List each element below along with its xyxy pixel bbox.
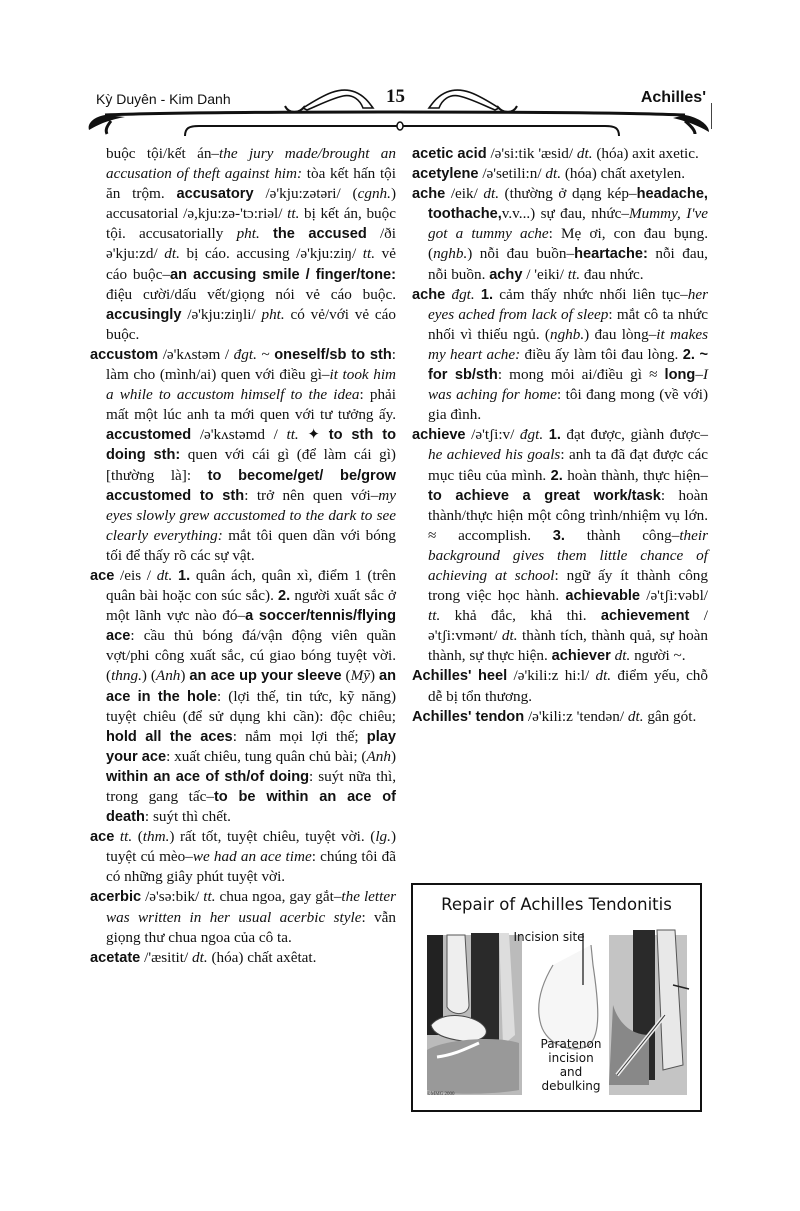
- pos: dt.: [483, 185, 499, 202]
- subheadword: accusatory: [177, 186, 254, 202]
- text: điều ấy làm tôi đau lòng.: [520, 346, 683, 363]
- entry-ache-noun: ache /eik/ dt. (thường ở dạng kép–headac…: [412, 184, 708, 284]
- achilles-figure: Repair of Achilles Tendonitis Incision s…: [411, 883, 702, 1112]
- abbr: Mỹ: [351, 667, 370, 684]
- pos: tt.: [203, 888, 215, 905]
- pos: pht.: [261, 306, 284, 323]
- text: ) đau lòng–: [584, 326, 656, 343]
- headword: ache: [412, 186, 445, 202]
- headword: acetic acid: [412, 146, 487, 162]
- sense-number: 1.: [178, 568, 190, 584]
- entry-acetic-acid: acetic acid /ə'si:tik 'æsid/ dt. (hóa) a…: [412, 144, 708, 164]
- entry-ace-noun: ace /eis / dt. 1. quân ách, quân xì, điể…: [90, 566, 396, 827]
- pos: dt.: [157, 567, 173, 584]
- text: chua ngoa, gay gắt–: [216, 888, 342, 905]
- text: khả đắc, khả thi.: [440, 607, 601, 624]
- abbr: nghb.: [433, 245, 467, 262]
- text: ) rất tốt, tuyệt chiêu, tuyệt vời. (: [169, 828, 375, 845]
- headword: ace: [90, 829, 114, 845]
- text: (hóa) chất axêtat.: [208, 949, 317, 966]
- text: hoàn thành, thực hiện–: [563, 467, 708, 484]
- text: thành công–: [565, 527, 679, 544]
- text: /ə'kʌstəmd /: [191, 426, 286, 443]
- sense-number: 2.: [551, 468, 563, 484]
- text: /eik/: [445, 185, 483, 202]
- headword: Achilles' heel: [412, 668, 507, 684]
- phrase: heartache:: [574, 246, 648, 262]
- text: v.v...) sự đau, nhức–: [502, 205, 629, 222]
- left-column: buộc tội/kết án–the jury made/brought an…: [90, 144, 396, 968]
- header-ornament-icon: [85, 84, 715, 144]
- subheadword: accustomed: [106, 427, 191, 443]
- phrase: within an ace of sth/of doing: [106, 769, 309, 785]
- subheadword: accusingly: [106, 307, 181, 323]
- label-paratenon-3: and: [531, 1065, 611, 1079]
- text: /'æsitit/: [140, 949, 192, 966]
- text: ~: [257, 346, 274, 363]
- pos: tt.: [120, 828, 132, 845]
- abbr: lg.: [375, 828, 391, 845]
- text: /ə'kju:zətəri/ (: [254, 185, 358, 202]
- headword: ace: [90, 568, 114, 584]
- sense-number: 3.: [553, 528, 565, 544]
- pos: tt.: [286, 426, 298, 443]
- entry-achilles-tendon: Achilles' tendon /ə'kili:z 'tendən/ dt. …: [412, 707, 708, 727]
- subheadword: achievement: [601, 608, 689, 624]
- text: / 'eiki/: [522, 266, 567, 283]
- entry-accustom: accustom /ə'kʌstəm / đgt. ~ oneself/sb t…: [90, 345, 396, 566]
- subheadword: achiever: [552, 648, 611, 664]
- text: /ə'kili:z hi:l/: [507, 667, 595, 684]
- abbr: Anh: [366, 748, 390, 765]
- text: ✦: [299, 426, 329, 443]
- text: /ə'tʃi:vəbl/: [640, 587, 708, 604]
- abbr: thng.: [111, 667, 142, 684]
- text: buộc tội/kết án–: [106, 145, 219, 162]
- text: (thường ở dạng kép–: [499, 185, 637, 202]
- sense-number: 2.: [278, 588, 290, 604]
- text: điệu cười/dấu vết/giọng nói vẻ cáo buộc.: [106, 286, 396, 303]
- text: /ə'setili:n/: [479, 165, 546, 182]
- figure-copyright: ©MMG 2000: [427, 1092, 455, 1097]
- text: [260, 225, 273, 242]
- text: (hóa) chất axetylen.: [561, 165, 685, 182]
- text: gân gót.: [644, 708, 697, 725]
- text: : nắm mọi lợi thế;: [233, 728, 367, 745]
- phrase: an accusing smile / finger/tone:: [170, 267, 396, 283]
- entry-accusation-continued: buộc tội/kết án–the jury made/brought an…: [90, 144, 396, 345]
- entry-achilles-heel: Achilles' heel /ə'kili:z hi:l/ dt. điểm …: [412, 666, 708, 706]
- headword: achieve: [412, 427, 466, 443]
- sense-number: 1.: [481, 287, 493, 303]
- dictionary-page: Kỳ Duyên - Kim Danh 15 Achilles' buộc tộ…: [0, 0, 800, 1211]
- headword: acerbic: [90, 889, 141, 905]
- pos: tt.: [568, 266, 580, 283]
- headword: Achilles' tendon: [412, 709, 524, 725]
- pos: đgt.: [520, 426, 543, 443]
- pos: pht.: [237, 225, 260, 242]
- text: ): [391, 748, 396, 765]
- pos: tt.: [428, 607, 440, 624]
- headword: ache: [412, 287, 445, 303]
- entry-ace-adj: ace tt. (thm.) rất tốt, tuyệt chiêu, tuy…: [90, 827, 396, 887]
- pos: đgt.: [451, 286, 474, 303]
- subheadword: achievable: [565, 588, 640, 604]
- text: bị cáo. accusing /ə'kju:ziŋ/: [180, 245, 363, 262]
- headword: acetate: [90, 950, 140, 966]
- pos: tt.: [363, 245, 375, 262]
- pos: dt.: [615, 647, 631, 664]
- subheadword: achy: [489, 267, 522, 283]
- sense-number: 1.: [549, 427, 561, 443]
- text: người ~.: [630, 647, 685, 664]
- text: ): [370, 667, 379, 684]
- example: we had an ace time: [193, 848, 312, 865]
- abbr: cgnh.: [358, 185, 391, 202]
- abbr: thm.: [143, 828, 170, 845]
- entry-acerbic: acerbic /ə'sə:bik/ tt. chua ngoa, gay gắ…: [90, 887, 396, 947]
- pos: dt.: [164, 245, 180, 262]
- subheadword: the accused: [273, 226, 367, 242]
- text: /ə'kʌstəm /: [158, 346, 234, 363]
- pos: dt.: [628, 708, 644, 725]
- text: ) nỗi đau buồn–: [467, 245, 574, 262]
- label-incision-site: Incision site: [513, 930, 585, 944]
- phrase: an ace up your sleeve: [189, 668, 341, 684]
- text: /ə'kili:z 'tendən/: [524, 708, 628, 725]
- text: /ə'sə:bik/: [141, 888, 203, 905]
- text: (: [342, 667, 351, 684]
- text: ) (: [142, 667, 156, 684]
- pos: dt.: [502, 627, 518, 644]
- label-paratenon-1: Paratenon: [531, 1037, 611, 1051]
- label-paratenon-4: debulking: [531, 1079, 611, 1093]
- text: /ə'si:tik 'æsid/: [487, 145, 577, 162]
- pos: dt.: [545, 165, 561, 182]
- label-paratenon-2: incision: [531, 1051, 611, 1065]
- text: (hóa) axit axetic.: [593, 145, 699, 162]
- text: (: [132, 828, 143, 845]
- synonym: long: [665, 367, 696, 383]
- text: : trở nên quen với–: [244, 487, 378, 504]
- text: /ə'kju:ziŋli/: [181, 306, 261, 323]
- pos: đgt.: [234, 346, 257, 363]
- entry-ache-verb: ache đgt. 1. cảm thấy nhức nhối liên tục…: [412, 285, 708, 426]
- entry-achieve: achieve /ə'tʃi:v/ đgt. 1. đạt được, giàn…: [412, 425, 708, 666]
- pos: tt.: [287, 205, 299, 222]
- entry-acetylene: acetylene /ə'setili:n/ dt. (hóa) chất ax…: [412, 164, 708, 184]
- text: –: [695, 366, 703, 383]
- text: /ə'tʃi:v/: [466, 426, 520, 443]
- right-column: acetic acid /ə'si:tik 'æsid/ dt. (hóa) a…: [412, 144, 708, 727]
- phrase: hold all the aces: [106, 729, 233, 745]
- text: đạt được, giành được–: [561, 426, 708, 443]
- text: đau nhức.: [580, 266, 643, 283]
- text: : mong mỏi ai/điều gì ≈: [498, 366, 665, 383]
- text: cảm thấy nhức nhối liên tục–: [493, 286, 688, 303]
- entry-acetate: acetate /'æsitit/ dt. (hóa) chất axêtat.: [90, 948, 396, 968]
- text: /eis /: [114, 567, 156, 584]
- text: : suýt thì chết.: [145, 808, 231, 825]
- headword: acetylene: [412, 166, 479, 182]
- text: : xuất chiêu, tung quân chủ bài; (: [166, 748, 366, 765]
- pos: dt.: [595, 667, 611, 684]
- abbr: Anh: [156, 667, 180, 684]
- headword: accustom: [90, 347, 158, 363]
- page-edge-line: [711, 103, 712, 129]
- abbr: nghb.: [550, 326, 584, 343]
- pos: dt.: [192, 949, 208, 966]
- example: he achieved his goals: [428, 446, 560, 463]
- phrase: to achieve a great work/task: [428, 488, 661, 504]
- phrase: oneself/sb to sth: [274, 347, 392, 363]
- pos: dt.: [577, 145, 593, 162]
